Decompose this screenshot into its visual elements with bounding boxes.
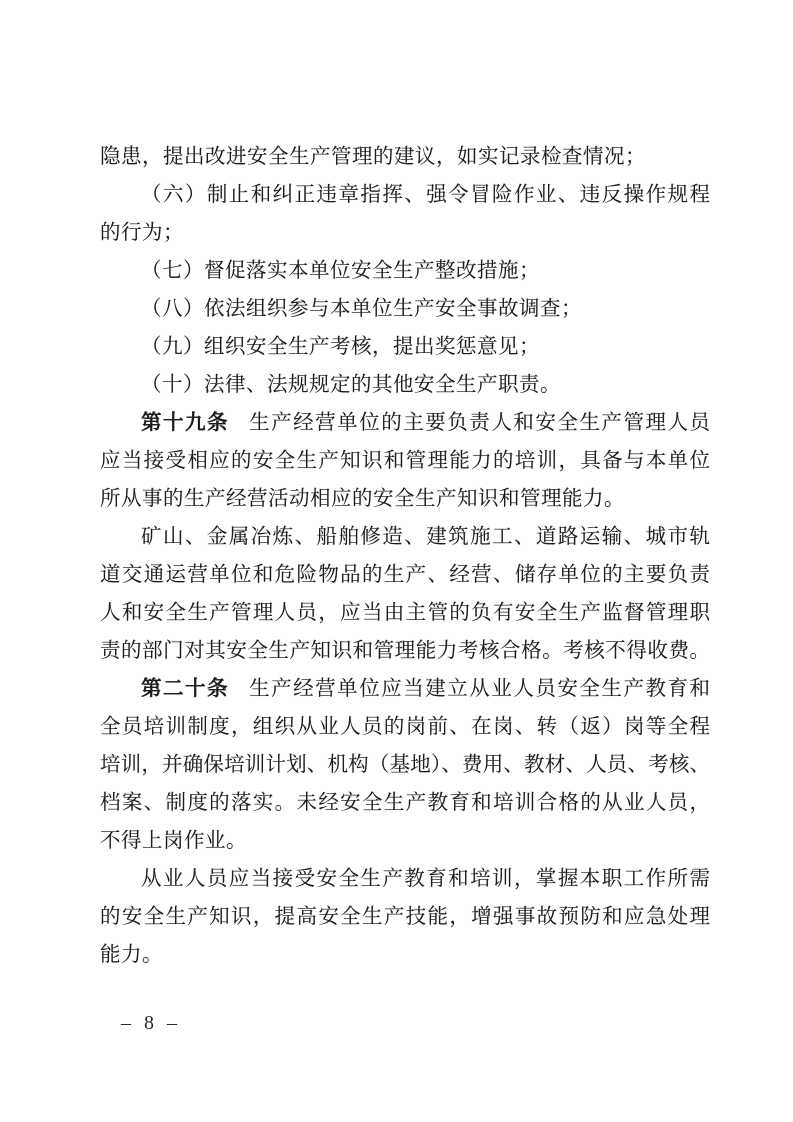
text-run: 的安全生产知识，提高安全生产技能，增强事故预防和应急处理	[100, 906, 710, 928]
text-line: （十）法律、法规规定的其他安全生产职责。	[100, 366, 710, 404]
document-page: 隐患，提出改进安全生产管理的建议，如实记录检查情况；（六）制止和纠正违章指挥、强…	[0, 0, 793, 1122]
text-run: 生产经营单位应当建立从业人员安全生产教育和	[249, 678, 710, 700]
text-run: （八）依法组织参与本单位生产安全事故调查；	[141, 298, 582, 320]
text-run: （十）法律、法规规定的其他安全生产职责。	[141, 374, 561, 396]
text-run: 应当接受相应的安全生产知识和管理能力的培训，具备与本单位	[100, 450, 710, 472]
text-run: （七）督促落实本单位安全生产整改措施；	[141, 260, 540, 282]
text-run: 所从事的生产经营活动相应的安全生产知识和管理能力。	[100, 488, 625, 510]
text-run: 档案、制度的落实。未经安全生产教育和培训合格的从业人员，	[100, 792, 710, 814]
text-run: 培训，并确保培训计划、机构（基地）、费用、教材、人员、考核、	[100, 754, 710, 776]
text-run: 隐患，提出改进安全生产管理的建议，如实记录检查情况；	[100, 146, 646, 168]
page-number: – 8 –	[121, 1008, 181, 1038]
text-line: 道交通运营单位和危险物品的生产、经营、储存单位的主要负责	[100, 556, 710, 594]
text-line: 全员培训制度，组织从业人员的岗前、在岗、转（返）岗等全程	[100, 708, 710, 746]
text-run: 的行为；	[100, 222, 184, 244]
text-line: （八）依法组织参与本单位生产安全事故调查；	[100, 290, 710, 328]
text-line: 第十九条生产经营单位的主要负责人和安全生产管理人员	[100, 404, 710, 442]
text-line: 能力。	[100, 936, 710, 974]
text-line: （九）组织安全生产考核，提出奖惩意见；	[100, 328, 710, 366]
text-line: 矿山、金属冶炼、船舶修造、建筑施工、道路运输、城市轨	[100, 518, 710, 556]
text-line: 人和安全生产管理人员，应当由主管的负有安全生产监督管理职	[100, 594, 710, 632]
text-run: （六）制止和纠正违章指挥、强令冒险作业、违反操作规程	[141, 184, 710, 206]
text-run: 不得上岗作业。	[100, 830, 247, 852]
text-line: 的安全生产知识，提高安全生产技能，增强事故预防和应急处理	[100, 898, 710, 936]
text-line: 不得上岗作业。	[100, 822, 710, 860]
text-line: 从业人员应当接受安全生产教育和培训，掌握本职工作所需	[100, 860, 710, 898]
text-run: 责的部门对其安全生产知识和管理能力考核合格。考核不得收费。	[100, 640, 710, 662]
text-line: 第二十条生产经营单位应当建立从业人员安全生产教育和	[100, 670, 710, 708]
text-line: （七）督促落实本单位安全生产整改措施；	[100, 252, 710, 290]
text-run: （九）组织安全生产考核，提出奖惩意见；	[141, 336, 540, 358]
text-line: 责的部门对其安全生产知识和管理能力考核合格。考核不得收费。	[100, 632, 710, 670]
text-block: 隐患，提出改进安全生产管理的建议，如实记录检查情况；（六）制止和纠正违章指挥、强…	[100, 138, 710, 974]
text-run: 人和安全生产管理人员，应当由主管的负有安全生产监督管理职	[100, 602, 710, 624]
text-run: 从业人员应当接受安全生产教育和培训，掌握本职工作所需	[141, 868, 710, 890]
article-number: 第十九条	[141, 412, 229, 434]
text-run: 能力。	[100, 944, 163, 966]
text-run: 生产经营单位的主要负责人和安全生产管理人员	[249, 412, 710, 434]
text-run: 全员培训制度，组织从业人员的岗前、在岗、转（返）岗等全程	[100, 716, 710, 738]
text-line: 所从事的生产经营活动相应的安全生产知识和管理能力。	[100, 480, 710, 518]
text-line: 的行为；	[100, 214, 710, 252]
text-line: 档案、制度的落实。未经安全生产教育和培训合格的从业人员，	[100, 784, 710, 822]
text-run: 道交通运营单位和危险物品的生产、经营、储存单位的主要负责	[100, 564, 710, 586]
article-number: 第二十条	[141, 678, 229, 700]
text-run: 矿山、金属冶炼、船舶修造、建筑施工、道路运输、城市轨	[141, 526, 710, 548]
text-line: 隐患，提出改进安全生产管理的建议，如实记录检查情况；	[100, 138, 710, 176]
text-line: （六）制止和纠正违章指挥、强令冒险作业、违反操作规程	[100, 176, 710, 214]
text-line: 培训，并确保培训计划、机构（基地）、费用、教材、人员、考核、	[100, 746, 710, 784]
text-line: 应当接受相应的安全生产知识和管理能力的培训，具备与本单位	[100, 442, 710, 480]
